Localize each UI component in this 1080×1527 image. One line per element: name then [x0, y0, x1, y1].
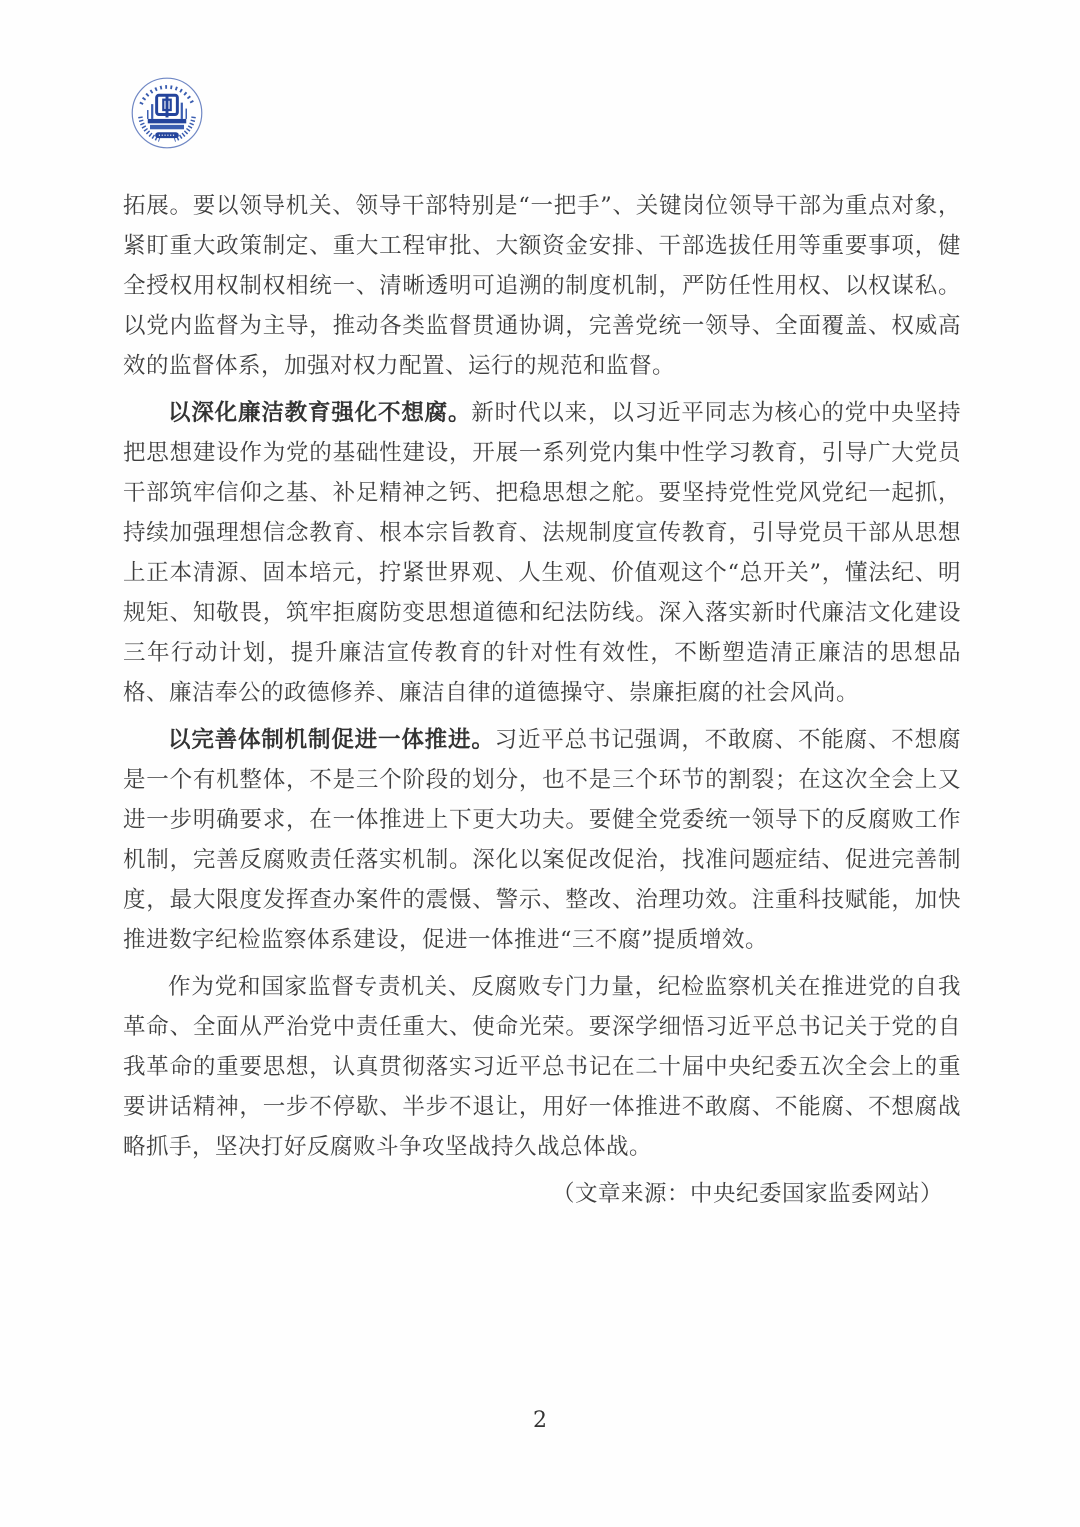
seal-icon — [129, 76, 205, 150]
document-page: 拓展。要以领导机关、领导干部特别是“一把手”、关键岗位领导干部为重点对象，紧盯重… — [0, 0, 1080, 1527]
paragraph-3-text: 习近平总书记强调，不敢腐、不能腐、不想腐是一个有机整体，不是三个阶段的划分，也不… — [123, 727, 961, 953]
source-attribution: （文章来源：中央纪委国家监委网站） — [123, 1174, 961, 1214]
page-number: 2 — [0, 1408, 1080, 1433]
paragraph-2-text: 新时代以来，以习近平同志为核心的党中央坚持把思想建设作为党的基础性建设，开展一系… — [123, 400, 961, 706]
article-body: 拓展。要以领导机关、领导干部特别是“一把手”、关键岗位领导干部为重点对象，紧盯重… — [123, 186, 961, 1214]
paragraph-1: 拓展。要以领导机关、领导干部特别是“一把手”、关键岗位领导干部为重点对象，紧盯重… — [123, 186, 961, 386]
paragraph-2-lead: 以深化廉洁教育强化不想腐。 — [168, 400, 471, 426]
organization-seal-logo — [129, 76, 205, 150]
paragraph-4: 作为党和国家监督专责机关、反腐败专门力量，纪检监察机关在推进党的自我革命、全面从… — [123, 967, 961, 1167]
paragraph-3: 以完善体制机制促进一体推进。习近平总书记强调，不敢腐、不能腐、不想腐是一个有机整… — [123, 720, 961, 960]
paragraph-4-text: 作为党和国家监督专责机关、反腐败专门力量，纪检监察机关在推进党的自我革命、全面从… — [123, 974, 961, 1160]
paragraph-1-text: 拓展。要以领导机关、领导干部特别是“一把手”、关键岗位领导干部为重点对象，紧盯重… — [123, 193, 961, 379]
paragraph-2: 以深化廉洁教育强化不想腐。新时代以来，以习近平同志为核心的党中央坚持把思想建设作… — [123, 393, 961, 713]
paragraph-3-lead: 以完善体制机制促进一体推进。 — [168, 727, 495, 753]
